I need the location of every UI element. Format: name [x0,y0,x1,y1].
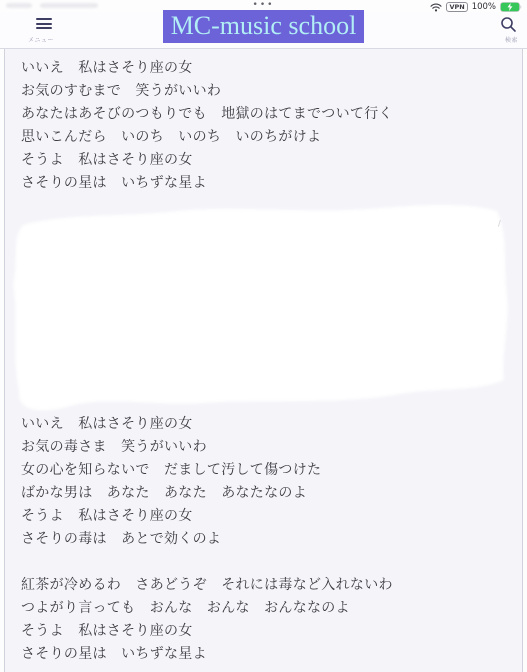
lyric-line: そうよ 私はさそり座の女 [21,620,522,643]
lyric-line: 紅茶が冷めるわ さあどうぞ それには毒など入れないわ [21,574,522,597]
lyric-line: さそりの星は いちずな星よ [21,172,522,195]
search-button-label: 検索 [505,35,518,44]
white-eraser-blob [5,195,522,413]
verse-1: いいえ 私はさそり座の女 お気のすむまで 笑うがいいわ あなたはあそびのつもりで… [21,57,522,195]
lyric-line: いいえ 私はさそり座の女 [21,57,522,80]
lyric-line: さそりの星は いちずな星よ [21,643,522,666]
lyric-line: さそりの毒は あとで効くのよ [21,528,522,551]
menu-button[interactable] [36,18,52,32]
lyric-line: つよがり言っても おんな おんな おんななのよ [21,597,522,620]
menu-button-label: メニュー [28,35,54,44]
verse-3: 紅茶が冷めるわ さあどうぞ それには毒など入れないわ つよがり言っても おんな … [21,574,522,666]
page-title: MC-music school [163,10,365,43]
lyric-line: いいえ 私はさそり座の女 [21,413,522,436]
lyric-line: 思いこんだら いのち いのち いのちがけよ [21,126,522,149]
erased-lyrics-region [5,195,522,413]
lyric-line: そうよ 私はさそり座の女 [21,149,522,172]
lyric-line: お気のすむまで 笑うがいいわ [21,80,522,103]
lyric-line: そうよ 私はさそり座の女 [21,505,522,528]
verse-2: いいえ 私はさそり座の女 お気の毒さま 笑うがいいわ 女の心を知らないで だまし… [21,413,522,551]
lyric-line: 女の心を知らないで だまして汚して傷つけた [21,459,522,482]
battery-percent: 100% [472,2,496,12]
lyric-line: お気の毒さま 笑うがいいわ [21,436,522,459]
app-header: メニュー MC-music school 検索 [0,12,527,49]
verse-gap [21,551,522,574]
search-button[interactable] [500,16,517,37]
lyrics-page: いいえ 私はさそり座の女 お気のすむまで 笑うがいいわ あなたはあそびのつもりで… [4,49,523,672]
lyric-line: ばかな男は あなた あなた あなたなのよ [21,482,522,505]
lyric-line: あなたはあそびのつもりでも 地獄のはてまでついて行く [21,103,522,126]
vpn-badge: VPN [446,2,467,12]
